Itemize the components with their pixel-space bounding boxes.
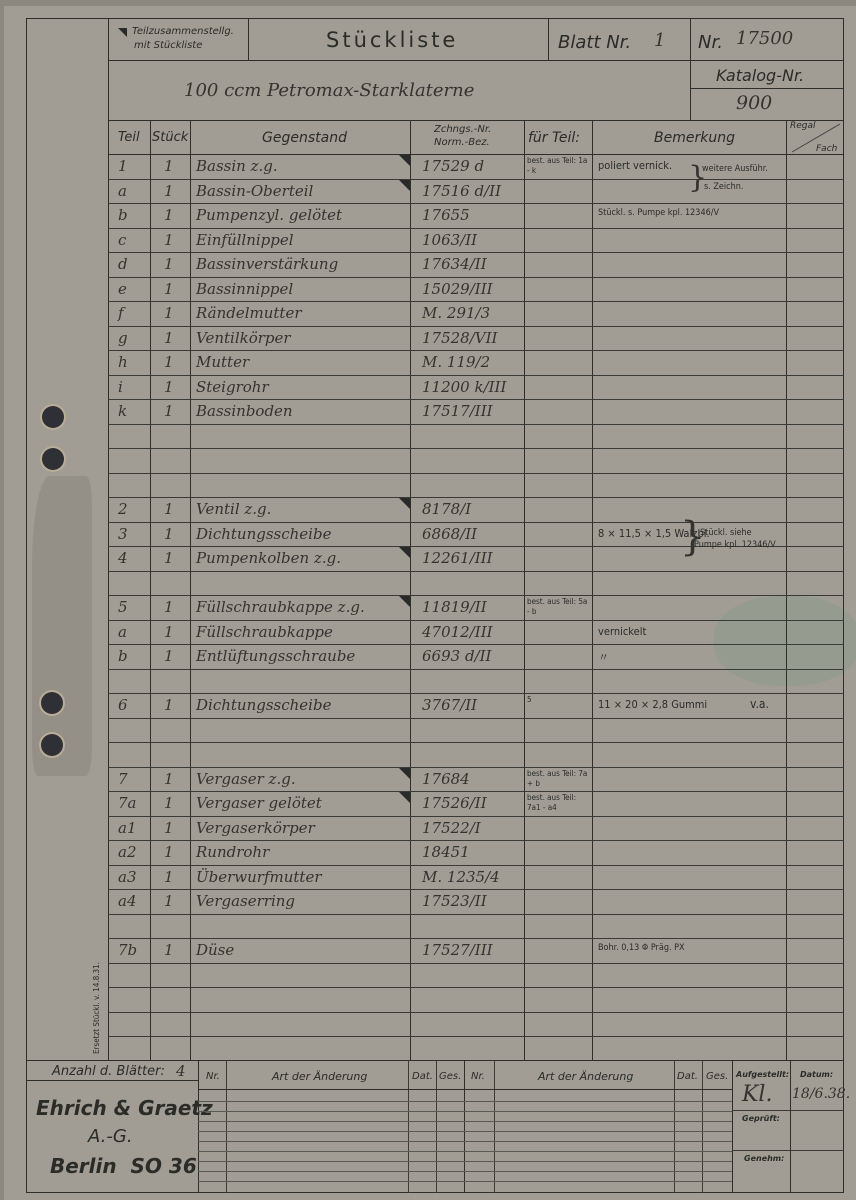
row-teil: e — [118, 280, 127, 298]
anzahl-value: 4 — [176, 1062, 186, 1080]
row-teil: a1 — [118, 819, 137, 837]
change-ges-header: Ges. — [439, 1071, 461, 1082]
row-zchn-nr: 18451 — [422, 843, 470, 861]
corner-marker-icon — [118, 28, 127, 37]
row-rule — [108, 889, 844, 890]
row-teil: 4 — [118, 549, 128, 567]
row-stueck: 1 — [164, 819, 174, 837]
row-teil: a3 — [118, 868, 137, 886]
row-gegenstand: Vergaserkörper — [196, 819, 315, 837]
row-teil: a — [118, 623, 127, 641]
row-rule — [108, 179, 844, 180]
rule — [702, 1060, 703, 1193]
form-label: mit Stückliste — [134, 40, 202, 51]
row-rule — [108, 718, 844, 719]
row-rule — [108, 987, 844, 988]
row-rule — [108, 791, 844, 792]
rule — [548, 18, 549, 60]
row-zchn-nr: 17529 d — [422, 157, 484, 175]
row-teil: g — [118, 329, 128, 347]
row-rule — [108, 571, 844, 572]
row-stueck: 1 — [164, 329, 174, 347]
anzahl-label: Anzahl d. Blätter: — [52, 1064, 165, 1079]
row-stueck: 1 — [164, 157, 174, 175]
change-row-rule — [198, 1131, 732, 1132]
row-bemerkung: Stückl. s. Pumpe kpl. 12346/V — [598, 208, 719, 218]
row-gegenstand: Füllschraubkappe z.g. — [196, 598, 365, 616]
row-gegenstand: Bassinverstärkung — [196, 255, 338, 273]
row-zchn-nr: 17528/VII — [422, 329, 497, 347]
row-rule — [108, 473, 844, 474]
row-rule — [108, 448, 844, 449]
row-stueck: 1 — [164, 231, 174, 249]
col-norm: Norm.-Bez. — [434, 137, 490, 148]
row-rule — [108, 693, 844, 694]
row-zchn-nr: 8178/I — [422, 500, 471, 518]
row-stueck: 1 — [164, 941, 174, 959]
change-nr-header: Nr. — [471, 1071, 485, 1082]
row-stueck: 1 — [164, 696, 174, 714]
row-stueck: 1 — [164, 255, 174, 273]
row-rule — [108, 522, 844, 523]
row-zchn-nr: 17655 — [422, 206, 470, 224]
row-bemerkung: poliert vernick. — [598, 159, 672, 172]
change-row-rule — [198, 1101, 732, 1102]
row-rule — [108, 497, 844, 498]
row-rule — [108, 816, 844, 817]
row-marker-icon — [399, 180, 410, 191]
row-fuer-teil: best. aus Teil: 7a + b — [527, 769, 591, 789]
rule — [226, 1060, 227, 1193]
bemerkung-note: weitere Ausführ. — [702, 164, 768, 174]
rule — [732, 1150, 844, 1151]
change-art-header: Art der Änderung — [272, 1070, 367, 1083]
rule — [108, 60, 844, 61]
row-gegenstand: Füllschraubkappe — [196, 623, 333, 641]
row-rule — [108, 326, 844, 327]
row-stueck: 1 — [164, 402, 174, 420]
form-label: Teilzusammenstellg. — [132, 26, 234, 37]
row-rule — [108, 742, 844, 743]
aufgestellt-value: Kl. — [742, 1082, 772, 1107]
row-rule — [108, 767, 844, 768]
change-row-rule — [198, 1171, 732, 1172]
rule — [26, 1060, 844, 1061]
row-gegenstand: Einfüllnippel — [196, 231, 294, 249]
row-stueck: 1 — [164, 770, 174, 788]
bemerkung-note: Stückl. siehe — [700, 528, 752, 538]
row-rule — [108, 620, 844, 621]
row-rule — [108, 644, 844, 645]
row-rule — [108, 865, 844, 866]
row-teil: 5 — [118, 598, 128, 616]
row-gegenstand: Ventil z.g. — [196, 500, 271, 518]
col-bemerkung: Bemerkung — [654, 130, 735, 146]
row-zchn-nr: 6868/II — [422, 525, 477, 543]
nr-value: 17500 — [736, 28, 793, 49]
change-art-header: Art der Änderung — [538, 1070, 633, 1083]
row-teil: 7b — [118, 941, 137, 959]
row-zchn-nr: 17634/II — [422, 255, 487, 273]
change-row-rule — [198, 1121, 732, 1122]
row-bemerkung: Bohr. 0,13 Φ Präg. PX — [598, 943, 685, 953]
row-teil: 7a — [118, 794, 137, 812]
row-rule — [108, 1036, 844, 1037]
datum-label: Datum: — [800, 1070, 833, 1079]
row-marker-icon — [399, 155, 410, 166]
row-stueck: 1 — [164, 598, 174, 616]
rule — [108, 120, 844, 121]
rule — [464, 1060, 465, 1193]
row-zchn-nr: 12261/III — [422, 549, 493, 567]
row-gegenstand: Bassinboden — [196, 402, 293, 420]
company-form: A.-G. — [88, 1126, 133, 1147]
rule — [190, 120, 191, 1060]
bemerkung-note: s. Zeichn. — [704, 182, 743, 192]
row-gegenstand: Vergaserring — [196, 892, 295, 910]
row-teil: 6 — [118, 696, 128, 714]
row-stueck: 1 — [164, 892, 174, 910]
rule — [410, 120, 411, 1060]
row-stueck: 1 — [164, 549, 174, 567]
row-zchn-nr: 6693 d/II — [422, 647, 491, 665]
row-teil: i — [118, 378, 123, 396]
row-gegenstand: Ventilkörper — [196, 329, 291, 347]
katalog-label: Katalog-Nr. — [716, 66, 804, 85]
company-name: Ehrich & Graetz — [36, 1096, 213, 1120]
blatt-value: 1 — [654, 30, 665, 51]
row-gegenstand: Rändelmutter — [196, 304, 302, 322]
row-gegenstand: Pumpenkolben z.g. — [196, 549, 341, 567]
row-teil: h — [118, 353, 128, 371]
row-zchn-nr: 1063/II — [422, 231, 477, 249]
change-nr-header: Nr. — [206, 1071, 220, 1082]
row-marker-icon — [399, 768, 410, 779]
row-gegenstand: Düse — [196, 941, 234, 959]
row-rule — [108, 228, 844, 229]
row-stueck: 1 — [164, 353, 174, 371]
row-rule — [108, 252, 844, 253]
rule — [690, 18, 691, 120]
row-teil: a2 — [118, 843, 137, 861]
regal-fach-divider — [790, 122, 842, 154]
rule — [524, 120, 525, 1060]
change-row-rule — [198, 1151, 732, 1152]
row-stueck: 1 — [164, 623, 174, 641]
row-rule — [108, 595, 844, 596]
blatt-label: Blatt Nr. — [558, 32, 631, 53]
row-gegenstand: Entlüftungsschraube — [196, 647, 355, 665]
change-dat-header: Dat. — [412, 1071, 433, 1082]
row-zchn-nr: 17684 — [422, 770, 470, 788]
row-zchn-nr: M. 1235/4 — [422, 868, 500, 886]
row-gegenstand: Vergaser gelötet — [196, 794, 322, 812]
row-teil: b — [118, 647, 128, 665]
row-fuer-teil: best. aus Teil: 5a - b — [527, 597, 591, 617]
row-stueck: 1 — [164, 843, 174, 861]
rule — [198, 1089, 732, 1090]
rule — [790, 1060, 791, 1193]
row-gegenstand: Vergaser z.g. — [196, 770, 296, 788]
row-rule — [108, 840, 844, 841]
row-stueck: 1 — [164, 378, 174, 396]
row-bemerkung: 〃 — [598, 649, 609, 665]
katalog-value: 900 — [736, 92, 772, 114]
row-zchn-nr: 17517/III — [422, 402, 493, 420]
row-stueck: 1 — [164, 868, 174, 886]
genehm-label: Genehm: — [744, 1154, 784, 1163]
row-marker-icon — [399, 792, 410, 803]
change-row-rule — [198, 1141, 732, 1142]
change-row-rule — [198, 1161, 732, 1162]
row-rule — [108, 350, 844, 351]
row-teil: 7 — [118, 770, 128, 788]
row-fuer-teil: best. aus Teil: 1a - k — [527, 156, 591, 176]
row-rule — [108, 1012, 844, 1013]
row-stueck: 1 — [164, 794, 174, 812]
row-rule — [108, 301, 844, 302]
row-zchn-nr: M. 119/2 — [422, 353, 490, 371]
rule — [408, 1060, 409, 1193]
row-teil: a — [118, 182, 127, 200]
row-rule — [108, 399, 844, 400]
row-gegenstand: Steigrohr — [196, 378, 269, 396]
row-bemerkung: vernickelt — [598, 625, 646, 638]
row-zchn-nr: 15029/III — [422, 280, 493, 298]
row-teil: b — [118, 206, 128, 224]
row-teil: 3 — [118, 525, 128, 543]
row-zchn-nr: 17527/III — [422, 941, 493, 959]
row-rule — [108, 203, 844, 204]
change-dat-header: Dat. — [677, 1071, 698, 1082]
row-stueck: 1 — [164, 182, 174, 200]
col-zchn: Zchngs.-Nr. — [434, 124, 491, 135]
row-marker-icon — [399, 498, 410, 509]
rule — [592, 120, 593, 1060]
rule — [150, 120, 151, 1060]
datum-value: 18/6.38. — [792, 1086, 850, 1102]
rule — [674, 1060, 675, 1193]
row-marker-icon — [399, 547, 410, 558]
rule — [732, 1060, 733, 1193]
rule — [436, 1060, 437, 1193]
row-teil: f — [118, 304, 124, 322]
company-city: Berlin SO 36 — [50, 1154, 197, 1178]
parts-list-sheet: Teilzusammenstellg. mit Stückliste Stück… — [4, 6, 856, 1200]
row-bemerkung-right: v.a. — [750, 697, 769, 711]
row-zchn-nr: M. 291/3 — [422, 304, 490, 322]
row-zchn-nr: 17522/I — [422, 819, 481, 837]
row-gegenstand: Dichtungsscheibe — [196, 525, 331, 543]
rule — [732, 1110, 844, 1111]
subject-title: 100 ccm Petromax-Starklaterne — [184, 80, 474, 101]
row-gegenstand: Dichtungsscheibe — [196, 696, 331, 714]
rule — [198, 1060, 199, 1193]
row-zchn-nr: 17516 d/II — [422, 182, 501, 200]
row-rule — [108, 669, 844, 670]
row-stueck: 1 — [164, 647, 174, 665]
col-fuer-teil: für Teil: — [528, 130, 580, 146]
row-gegenstand: Pumpenzyl. gelötet — [196, 206, 342, 224]
row-teil: a4 — [118, 892, 137, 910]
row-gegenstand: Überwurfmutter — [196, 868, 322, 886]
rule — [786, 120, 787, 1060]
col-teil: Teil — [118, 130, 140, 145]
row-zchn-nr: 3767/II — [422, 696, 477, 714]
row-stueck: 1 — [164, 304, 174, 322]
row-gegenstand: Bassin z.g. — [196, 157, 278, 175]
row-stueck: 1 — [164, 500, 174, 518]
row-gegenstand: Bassin-Oberteil — [196, 182, 313, 200]
row-rule — [108, 277, 844, 278]
rule — [108, 154, 844, 155]
change-row-rule — [198, 1181, 732, 1182]
rule — [690, 88, 844, 89]
row-rule — [108, 938, 844, 939]
rule — [248, 18, 249, 60]
row-teil: c — [118, 231, 126, 249]
geprueft-label: Geprüft: — [742, 1114, 780, 1123]
row-teil: 2 — [118, 500, 128, 518]
row-marker-icon — [399, 596, 410, 607]
nr-label: Nr. — [698, 32, 723, 53]
row-stueck: 1 — [164, 206, 174, 224]
row-zchn-nr: 11819/II — [422, 598, 487, 616]
margin-note: Ersetzt Stückl. v. 14.8.31. — [92, 962, 101, 1054]
row-teil: 1 — [118, 157, 128, 175]
col-gegenstand: Gegenstand — [262, 130, 347, 146]
aufgestellt-label: Aufgestellt: — [736, 1070, 789, 1079]
row-fuer-teil: best. aus Teil: 7a1 - a4 — [527, 793, 591, 813]
change-row-rule — [198, 1111, 732, 1112]
row-zchn-nr: 47012/III — [422, 623, 493, 641]
row-rule — [108, 424, 844, 425]
bemerkung-note: Pumpe kpl. 12346/V — [694, 540, 776, 550]
row-teil: k — [118, 402, 127, 420]
row-rule — [108, 914, 844, 915]
row-rule — [108, 963, 844, 964]
row-zchn-nr: 11200 k/III — [422, 378, 506, 396]
change-ges-header: Ges. — [706, 1071, 728, 1082]
page-title: Stückliste — [326, 28, 458, 52]
row-rule — [108, 375, 844, 376]
row-gegenstand: Rundrohr — [196, 843, 269, 861]
row-fuer-teil: 5 — [527, 695, 591, 705]
row-stueck: 1 — [164, 525, 174, 543]
row-teil: d — [118, 255, 128, 273]
row-stueck: 1 — [164, 280, 174, 298]
col-stueck: Stück — [152, 130, 188, 145]
rule — [26, 1080, 198, 1081]
margin-line — [108, 18, 109, 1060]
rule — [494, 1060, 495, 1193]
row-gegenstand: Bassinnippel — [196, 280, 293, 298]
row-zchn-nr: 17526/II — [422, 794, 487, 812]
row-gegenstand: Mutter — [196, 353, 249, 371]
row-zchn-nr: 17523/II — [422, 892, 487, 910]
row-bemerkung: 11 × 20 × 2,8 Gummi — [598, 698, 707, 711]
